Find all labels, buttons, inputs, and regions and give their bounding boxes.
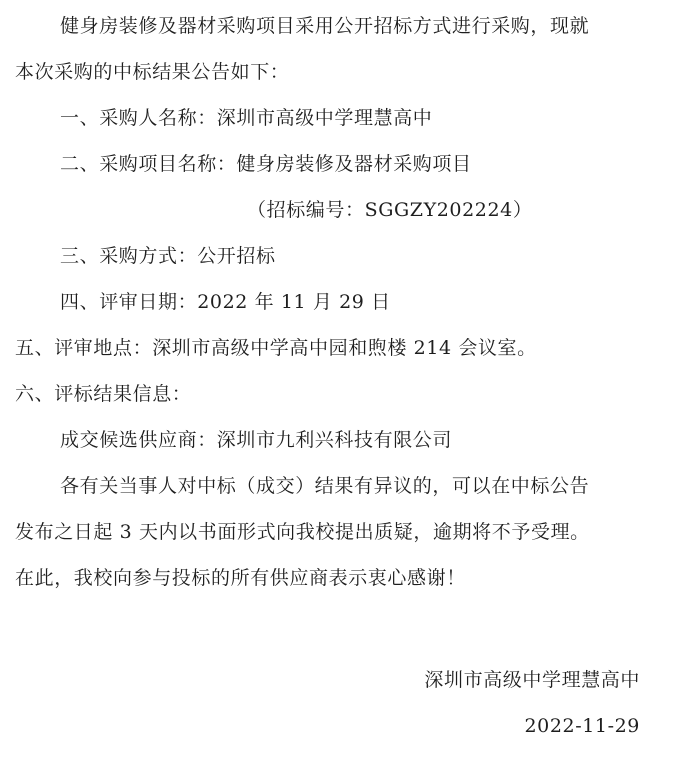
objection-line-1: 各有关当事人对中标（成交）结果有异议的，可以在中标公告 (60, 474, 589, 498)
objection-line-2: 发布之日起 3 天内以书面形式向我校提出质疑，逾期将不予受理。 (15, 520, 590, 544)
intro-line-2: 本次采购的中标结果公告如下： (15, 60, 289, 84)
result-info-heading: 六、评标结果信息： (15, 382, 191, 406)
review-location: 五、评审地点：深圳市高级中学高中园和煦楼 214 会议室。 (15, 336, 537, 360)
intro-line-1: 健身房装修及器材采购项目采用公开招标方式进行采购，现就 (60, 14, 589, 38)
procurement-method: 三、采购方式：公开招标 (60, 244, 276, 268)
review-date: 四、评审日期：2022 年 11 月 29 日 (60, 290, 391, 314)
winning-supplier: 成交候选供应商：深圳市九利兴科技有限公司 (60, 428, 452, 452)
signature-organization: 深圳市高级中学理慧高中 (424, 668, 640, 692)
signature-date: 2022-11-29 (524, 714, 640, 738)
purchaser-name: 一、采购人名称：深圳市高级中学理慧高中 (60, 106, 432, 130)
project-name: 二、采购项目名称：健身房装修及器材采购项目 (60, 152, 472, 176)
tender-number: （招标编号：SGGZY202224） (247, 198, 532, 222)
thanks-line: 在此，我校向参与投标的所有供应商表示衷心感谢！ (15, 566, 466, 590)
